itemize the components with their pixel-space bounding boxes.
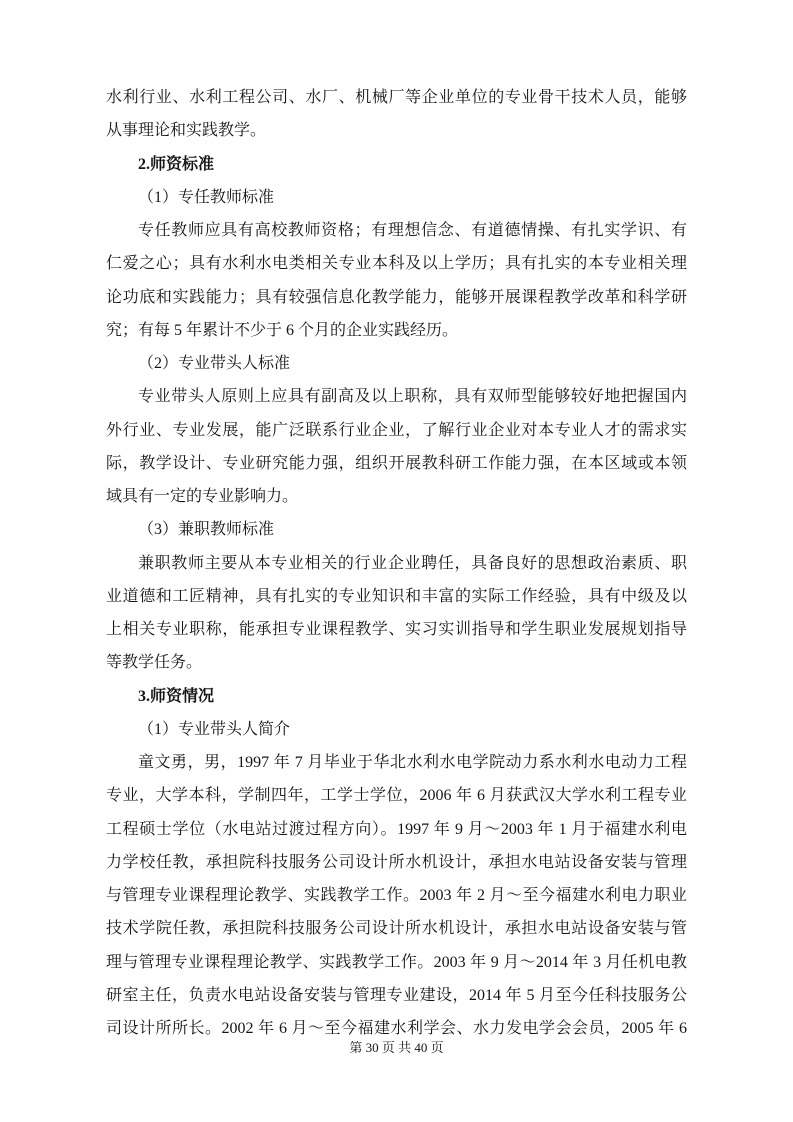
- sub-heading: （1）专业带头人简介: [106, 713, 687, 746]
- text-line: 与管理专业课程理论教学、实践教学工作。2003 年 2 月～至今福建水利电力职业: [106, 879, 687, 912]
- page-number-text: 第 30 页 共 40 页: [349, 1040, 443, 1055]
- text-line: （1）专任教师标准: [106, 181, 687, 214]
- text-line: 从事理论和实践教学。: [106, 114, 687, 147]
- text-line: 专业带头人原则上应具有副高及以上职称，具有双师型能够较好地把握国内: [106, 380, 687, 413]
- sub-heading: （3）兼职教师标准: [106, 513, 687, 546]
- text-line: 外行业、专业发展，能广泛联系行业企业，了解行业企业对本专业人才的需求实: [106, 414, 687, 447]
- document-body: 水利行业、水利工程公司、水厂、机械厂等企业单位的专业骨干技术人员，能够从事理论和…: [106, 81, 687, 1045]
- text-line: 力学校任教，承担院科技服务公司设计所水机设计，承担水电站设备安装与管理: [106, 846, 687, 879]
- text-line: 等教学任务。: [106, 646, 687, 679]
- text-line: 技术学院任教，承担院科技服务公司设计所水机设计，承担水电站设备安装与管: [106, 912, 687, 945]
- paragraph: 专业带头人原则上应具有副高及以上职称，具有双师型能够较好地把握国内外行业、专业发…: [106, 380, 687, 513]
- text-line: 究；有每 5 年累计不少于 6 个月的企业实践经历。: [106, 314, 687, 347]
- text-line: 仁爱之心；具有水利水电类相关专业本科及以上学历；具有扎实的本专业相关理: [106, 247, 687, 280]
- paragraph: 水利行业、水利工程公司、水厂、机械厂等企业单位的专业骨干技术人员，能够从事理论和…: [106, 81, 687, 148]
- text-line: 上相关专业职称，能承担专业课程教学、实习实训指导和学生职业发展规划指导: [106, 613, 687, 646]
- document-page: 水利行业、水利工程公司、水厂、机械厂等企业单位的专业骨干技术人员，能够从事理论和…: [0, 0, 793, 1122]
- section-heading: 3.师资情况: [106, 680, 687, 713]
- sub-heading: （1）专任教师标准: [106, 181, 687, 214]
- text-line: 2.师资标准: [106, 148, 687, 181]
- text-line: 域具有一定的专业影响力。: [106, 480, 687, 513]
- text-line: 童文勇，男，1997 年 7 月毕业于华北水利水电学院动力系水利水电动力工程: [106, 746, 687, 779]
- text-line: 专业，大学本科，学制四年，工学士学位，2006 年 6 月获武汉大学水利工程专业: [106, 779, 687, 812]
- text-line: （1）专业带头人简介: [106, 713, 687, 746]
- text-line: 理与管理专业课程理论教学、实践教学工作。2003 年 9 月～2014 年 3 …: [106, 946, 687, 979]
- text-line: 专任教师应具有高校教师资格；有理想信念、有道德情操、有扎实学识、有: [106, 214, 687, 247]
- text-line: 际，教学设计、专业研究能力强，组织开展教科研工作能力强，在本区域或本领: [106, 447, 687, 480]
- paragraph: 童文勇，男，1997 年 7 月毕业于华北水利水电学院动力系水利水电动力工程专业…: [106, 746, 687, 1045]
- text-line: 工程硕士学位（水电站过渡过程方向）。1997 年 9 月～2003 年 1 月于…: [106, 813, 687, 846]
- text-line: 3.师资情况: [106, 680, 687, 713]
- paragraph: 专任教师应具有高校教师资格；有理想信念、有道德情操、有扎实学识、有仁爱之心；具有…: [106, 214, 687, 347]
- text-line: 论功底和实践能力；具有较强信息化教学能力，能够开展课程教学改革和科学研: [106, 281, 687, 314]
- text-line: 水利行业、水利工程公司、水厂、机械厂等企业单位的专业骨干技术人员，能够: [106, 81, 687, 114]
- text-line: 研室主任，负责水电站设备安装与管理专业建设，2014 年 5 月至今任科技服务公: [106, 979, 687, 1012]
- text-line: 兼职教师主要从本专业相关的行业企业聘任，具备良好的思想政治素质、职: [106, 547, 687, 580]
- paragraph: 兼职教师主要从本专业相关的行业企业聘任，具备良好的思想政治素质、职业道德和工匠精…: [106, 547, 687, 680]
- text-line: 业道德和工匠精神，具有扎实的专业知识和丰富的实际工作经验，具有中级及以: [106, 580, 687, 613]
- sub-heading: （2）专业带头人标准: [106, 347, 687, 380]
- text-line: （2）专业带头人标准: [106, 347, 687, 380]
- section-heading: 2.师资标准: [106, 148, 687, 181]
- text-line: （3）兼职教师标准: [106, 513, 687, 546]
- page-footer: 第 30 页 共 40 页: [0, 1040, 793, 1056]
